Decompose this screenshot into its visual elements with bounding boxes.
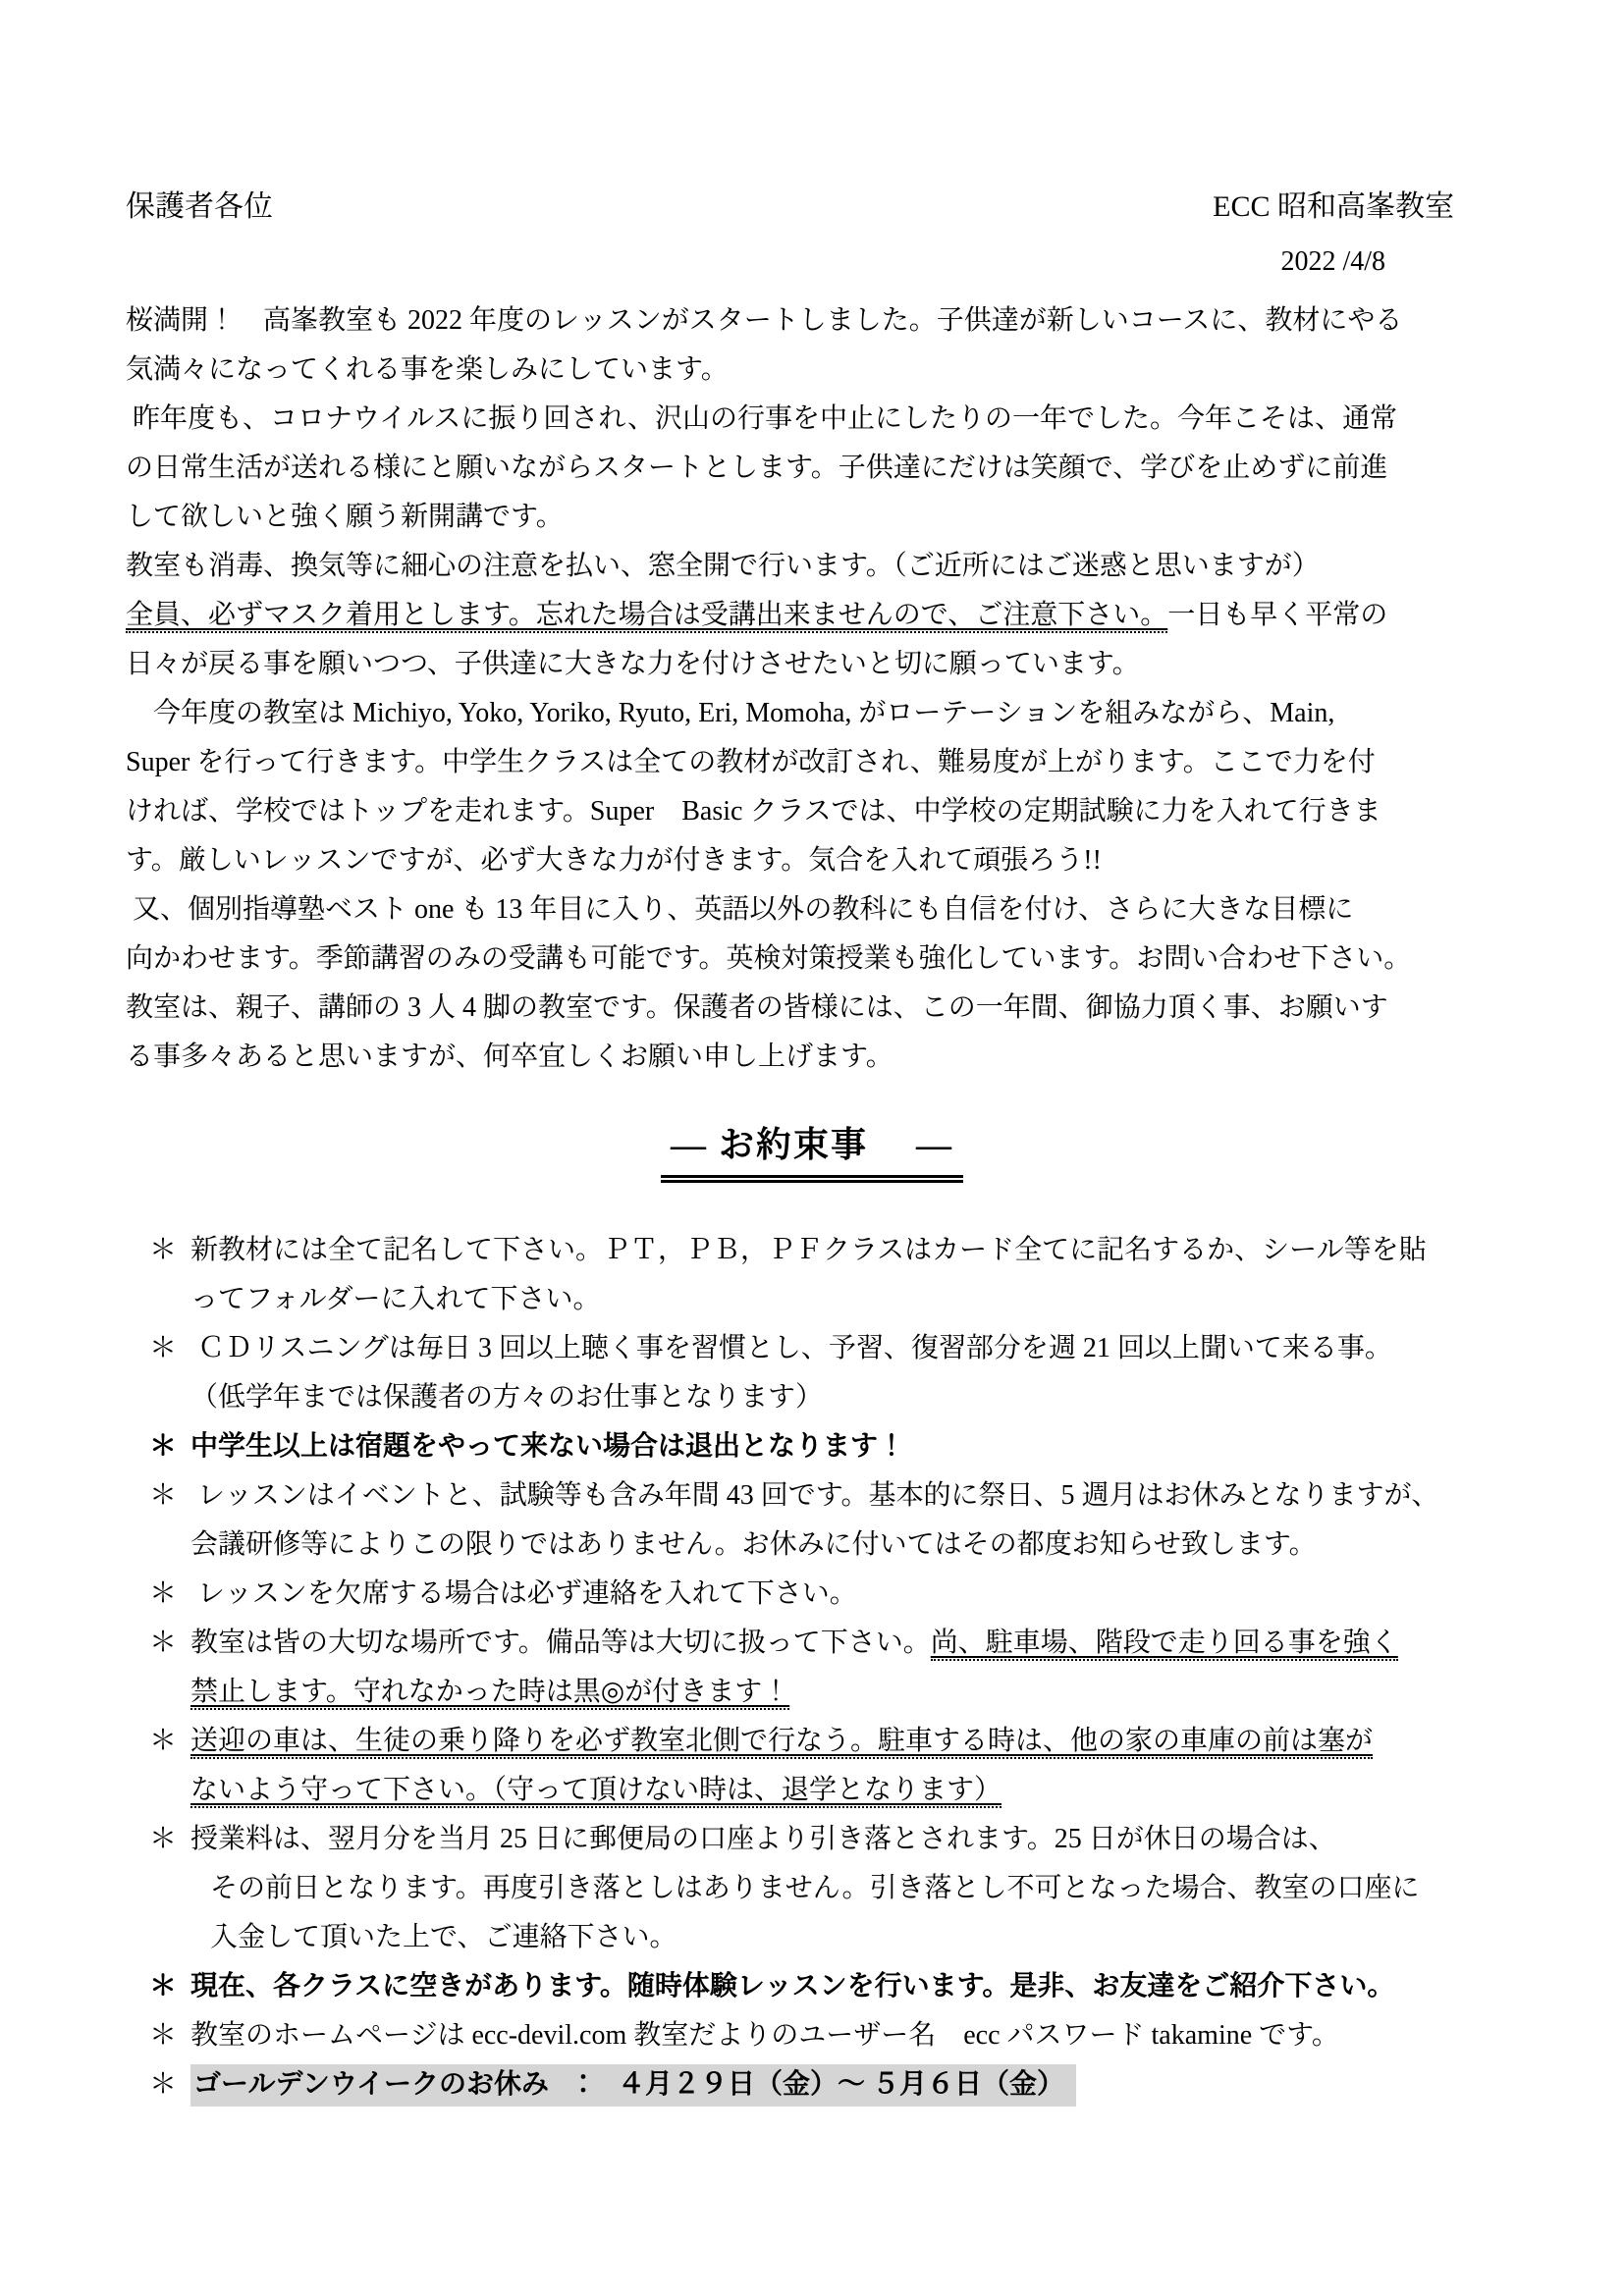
body-paragraphs: 桜満開！ 高峯教室も 2022 年度のレッスンがスタートしました。子供達が新しい… [126,296,1498,1082]
document-page: 保護者各位 ECC 昭和高峯教室 2022 /4/8 桜満開！ 高峯教室も 20… [0,0,1624,2296]
text-line: 授業料は、翌月分を当月 25 日に郵便局の口座より引き落とされます。25 日が休… [190,1815,1498,1864]
list-item: ＊中学生以上は宿題をやって来ない場合は退出となります！ [126,1422,1498,1471]
text-segment: 送迎の車は、生徒の乗り降りを必ず教室北側で行なう。駐車する時は、他の家の車庫の前… [190,1726,1373,1759]
text-line: レッスンを欠席する場合は必ず連絡を入れて下さい。 [190,1570,1498,1619]
text-segment: 今年度の教室は Michiyo, Yoko, Yoriko, Ryuto, Er… [126,698,1334,728]
text-line: 向かわせます。季節講習のみの受講も可能です。英検対策授業も強化しています。お問い… [126,934,1498,984]
text-segment: レッスンを欠席する場合は必ず連絡を入れて下さい。 [190,1578,857,1609]
bullet-marker: ＊ [126,1570,190,1619]
bullet-marker: ＊ [126,2060,190,2109]
bullet-content: 中学生以上は宿題をやって来ない場合は退出となります！ [190,1422,1498,1471]
text-line: の日常生活が送れる様にと願いながらスタートとします。子供達にだけは笑顔で、学びを… [126,444,1498,493]
text-line: 現在、各クラスに空きがあります。随時体験レッスンを行います。是非、お友達をご紹介… [190,1962,1498,2011]
bullet-content: 授業料は、翌月分を当月 25 日に郵便局の口座より引き落とされます。25 日が休… [190,1815,1498,1962]
list-item: ＊ レッスンを欠席する場合は必ず連絡を入れて下さい。 [126,1570,1498,1619]
text-line: 教室のホームページは ecc-devil.com 教室だよりのユーザー名 ecc… [190,2011,1498,2060]
text-segment: 一日も早く平常の [1167,600,1387,630]
org-name: ECC 昭和高峯教室 [1213,187,1454,228]
bullet-marker: ＊ [126,1324,190,1373]
bullet-marker: ＊ [126,2011,190,2060]
list-item: ＊ゴールデンウイークのお休み ： ４月２９日（金）～ ５月６日（金） [126,2060,1498,2109]
text-segment: レッスンはイベントと、試験等も含み年間 43 回です。基本的に祭日、5 週月はお… [190,1480,1439,1511]
text-segment: 教室は皆の大切な場所です。備品等は大切に扱って下さい。 [190,1628,931,1658]
bullet-content: 現在、各クラスに空きがあります。随時体験レッスンを行います。是非、お友達をご紹介… [190,1962,1498,2011]
text-line: 全員、必ずマスク着用とします。忘れた場合は受講出来ませんので、ご注意下さい。一日… [126,591,1498,640]
text-segment: 教室は、親子、講師の 3 人 4 脚の教室です。保護者の皆様には、この一年間、御… [126,992,1388,1023]
text-segment: ないよう守って下さい。（守って頂けない時は、退学となります） [190,1775,1001,1808]
text-segment: 現在、各クラスに空きがあります。随時体験レッスンを行います。是非、お友達をご紹介… [190,1971,1394,2002]
text-line: す。厳しいレッスンですが、必ず大きな力が付きます。気合を入れて頑張ろう!! [126,836,1498,885]
text-segment: ってフォルダーに入れて下さい。 [190,1284,600,1314]
text-line: 会議研修等によりこの限りではありません。お休みに付いてはその都度お知らせ致します… [190,1521,1498,1570]
text-segment: す。厳しいレッスンですが、必ず大きな力が付きます。気合を入れて頑張ろう!! [126,845,1102,876]
bullet-content: 送迎の車は、生徒の乗り降りを必ず教室北側で行なう。駐車する時は、他の家の車庫の前… [190,1717,1498,1815]
text-line: ないよう守って下さい。（守って頂けない時は、退学となります） [190,1766,1498,1815]
bullet-content: レッスンはイベントと、試験等も含み年間 43 回です。基本的に祭日、5 週月はお… [190,1471,1498,1570]
text-segment: 教室も消毒、換気等に細心の注意を払い、窓全開で行います。（ご近所にはご迷惑と思い… [126,551,1320,581]
text-line: 新教材には全て記名して下さい。ＰＴ，ＰＢ，ＰＦクラスはカード全てに記名するか、シ… [190,1226,1498,1275]
text-segment: 日々が戻る事を願いつつ、子供達に大きな力を付けさせたいと切に願っています。 [126,649,1140,679]
text-line: 桜満開！ 高峯教室も 2022 年度のレッスンがスタートしました。子供達が新しい… [126,296,1498,346]
text-line: ければ、学校ではトップを走れます。Super Basic クラスでは、中学校の定… [126,787,1498,836]
text-line: 今年度の教室は Michiyo, Yoko, Yoriko, Ryuto, Er… [126,689,1498,738]
text-line: ゴールデンウイークのお休み ： ４月２９日（金）～ ５月６日（金） [190,2060,1498,2109]
text-segment: Super を行って行きます。中学生クラスは全ての教材が改訂され、難易度が上がり… [126,747,1376,777]
text-segment: 桜満開！ 高峯教室も 2022 年度のレッスンがスタートしました。子供達が新しい… [126,305,1402,336]
text-segment: 昨年度も、コロナウイルスに振り回され、沢山の行事を中止にしたりの一年でした。今年… [126,403,1397,434]
text-line: レッスンはイベントと、試験等も含み年間 43 回です。基本的に祭日、5 週月はお… [190,1471,1498,1521]
section-heading: ― お約束事 ― [126,1117,1498,1183]
text-line: 教室は、親子、講師の 3 人 4 脚の教室です。保護者の皆様には、この一年間、御… [126,984,1498,1033]
text-line: 日々が戻る事を願いつつ、子供達に大きな力を付けさせたいと切に願っています。 [126,640,1498,689]
bullet-marker: ＊ [126,1962,190,2011]
header-row: 保護者各位 ECC 昭和高峯教室 [126,187,1498,228]
text-line: 送迎の車は、生徒の乗り降りを必ず教室北側で行なう。駐車する時は、他の家の車庫の前… [190,1717,1498,1766]
text-line: 又、個別指導塾ベスト one も 13 年目に入り、英語以外の教科にも自信を付け… [126,885,1498,934]
list-item: ＊授業料は、翌月分を当月 25 日に郵便局の口座より引き落とされます。25 日が… [126,1815,1498,1962]
list-item: ＊ ＣＤリスニングは毎日 3 回以上聴く事を習慣とし、予習、復習部分を週 21 … [126,1324,1498,1422]
text-line: 昨年度も、コロナウイルスに振り回され、沢山の行事を中止にしたりの一年でした。今年… [126,395,1498,444]
bullet-marker: ＊ [126,1717,190,1766]
text-line: その前日となります。再度引き落としはありません。引き落とし不可となった場合、教室… [190,1864,1498,1913]
list-item: ＊ レッスンはイベントと、試験等も含み年間 43 回です。基本的に祭日、5 週月… [126,1471,1498,1570]
text-segment: 教室のホームページは ecc-devil.com 教室だよりのユーザー名 ecc… [190,2020,1339,2051]
text-segment: の日常生活が送れる様にと願いながらスタートとします。子供達にだけは笑顔で、学びを… [126,453,1387,483]
list-item: ＊現在、各クラスに空きがあります。随時体験レッスンを行います。是非、お友達をご紹… [126,1962,1498,2011]
text-segment: 気満々になってくれる事を楽しみにしています。 [126,354,729,385]
text-segment: ければ、学校ではトップを走れます。Super Basic クラスでは、中学校の定… [126,796,1381,827]
bullet-marker: ＊ [126,1815,190,1864]
text-line: （低学年までは保護者の方々のお仕事となります） [190,1373,1498,1422]
text-segment: 授業料は、翌月分を当月 25 日に郵便局の口座より引き落とされます。25 日が休… [190,1824,1336,1854]
text-segment: ＣＤリスニングは毎日 3 回以上聴く事を習慣とし、予習、復習部分を週 21 回以… [190,1333,1392,1363]
list-item: ＊新教材には全て記名して下さい。ＰＴ，ＰＢ，ＰＦクラスはカード全てに記名するか、… [126,1226,1498,1324]
text-line: 中学生以上は宿題をやって来ない場合は退出となります！ [190,1422,1498,1471]
text-segment: 禁止します。守れなかった時は黒◎が付きます！ [190,1677,789,1710]
list-item: ＊教室は皆の大切な場所です。備品等は大切に扱って下さい。尚、駐車場、階段で走り回… [126,1619,1498,1717]
text-segment: 新教材には全て記名して下さい。ＰＴ，ＰＢ，ＰＦクラスはカード全てに記名するか、シ… [190,1235,1427,1265]
text-segment: 向かわせます。季節講習のみの受講も可能です。英検対策授業も強化しています。お問い… [126,943,1411,974]
bullet-content: ＣＤリスニングは毎日 3 回以上聴く事を習慣とし、予習、復習部分を週 21 回以… [190,1324,1498,1422]
text-line: ＣＤリスニングは毎日 3 回以上聴く事を習慣とし、予習、復習部分を週 21 回以… [190,1324,1498,1373]
text-segment: 全員、必ずマスク着用とします。忘れた場合は受講出来ませんので、ご注意下さい。 [126,600,1167,633]
promise-list: ＊新教材には全て記名して下さい。ＰＴ，ＰＢ，ＰＦクラスはカード全てに記名するか、… [126,1226,1498,2109]
text-segment: （低学年までは保護者の方々のお仕事となります） [190,1382,823,1413]
text-segment: る事多々あると思いますが、何卒宜しくお願い申し上げます。 [126,1041,893,1072]
text-segment: ゴールデンウイークのお休み ： ４月２９日（金）～ ５月６日（金） [190,2064,1076,2107]
text-line: ってフォルダーに入れて下さい。 [190,1275,1498,1324]
list-item: ＊教室のホームページは ecc-devil.com 教室だよりのユーザー名 ec… [126,2011,1498,2060]
text-segment: その前日となります。再度引き落としはありません。引き落とし不可となった場合、教室… [210,1873,1419,1903]
text-segment: 中学生以上は宿題をやって来ない場合は退出となります！ [190,1431,905,1462]
bullet-marker: ＊ [126,1619,190,1668]
text-line: る事多々あると思いますが、何卒宜しくお願い申し上げます。 [126,1033,1498,1082]
text-line: 教室は皆の大切な場所です。備品等は大切に扱って下さい。尚、駐車場、階段で走り回る… [190,1619,1498,1668]
date-row: 2022 /4/8 [126,238,1498,287]
date: 2022 /4/8 [1280,246,1385,277]
bullet-marker: ＊ [126,1422,190,1471]
page-content: 保護者各位 ECC 昭和高峯教室 2022 /4/8 桜満開！ 高峯教室も 20… [0,0,1624,2109]
text-segment: 又、個別指導塾ベスト one も 13 年目に入り、英語以外の教科にも自信を付け… [126,894,1353,925]
text-segment: 尚、駐車場、階段で走り回る事を強く [931,1628,1398,1661]
recipient: 保護者各位 [126,187,273,228]
bullet-content: 教室のホームページは ecc-devil.com 教室だよりのユーザー名 ecc… [190,2011,1498,2060]
text-line: して欲しいと強く願う新開講です。 [126,493,1498,542]
text-line: 入金して頂いた上で、ご連絡下さい。 [190,1913,1498,1962]
bullet-content: ゴールデンウイークのお休み ： ４月２９日（金）～ ５月６日（金） [190,2060,1498,2109]
text-line: Super を行って行きます。中学生クラスは全ての教材が改訂され、難易度が上がり… [126,738,1498,787]
list-item: ＊送迎の車は、生徒の乗り降りを必ず教室北側で行なう。駐車する時は、他の家の車庫の… [126,1717,1498,1815]
bullet-content: レッスンを欠席する場合は必ず連絡を入れて下さい。 [190,1570,1498,1619]
text-line: 禁止します。守れなかった時は黒◎が付きます！ [190,1668,1498,1717]
text-line: 教室も消毒、換気等に細心の注意を払い、窓全開で行います。（ご近所にはご迷惑と思い… [126,542,1498,591]
bullet-content: 教室は皆の大切な場所です。備品等は大切に扱って下さい。尚、駐車場、階段で走り回る… [190,1619,1498,1717]
bullet-marker: ＊ [126,1226,190,1275]
section-heading-text: ― お約束事 ― [661,1117,963,1183]
text-segment: 入金して頂いた上で、ご連絡下さい。 [210,1922,677,1952]
text-line: 気満々になってくれる事を楽しみにしています。 [126,346,1498,395]
bullet-marker: ＊ [126,1471,190,1521]
bullet-content: 新教材には全て記名して下さい。ＰＴ，ＰＢ，ＰＦクラスはカード全てに記名するか、シ… [190,1226,1498,1324]
text-segment: して欲しいと強く願う新開講です。 [126,502,564,532]
text-segment: 会議研修等によりこの限りではありません。お休みに付いてはその都度お知らせ致します… [190,1529,1317,1560]
